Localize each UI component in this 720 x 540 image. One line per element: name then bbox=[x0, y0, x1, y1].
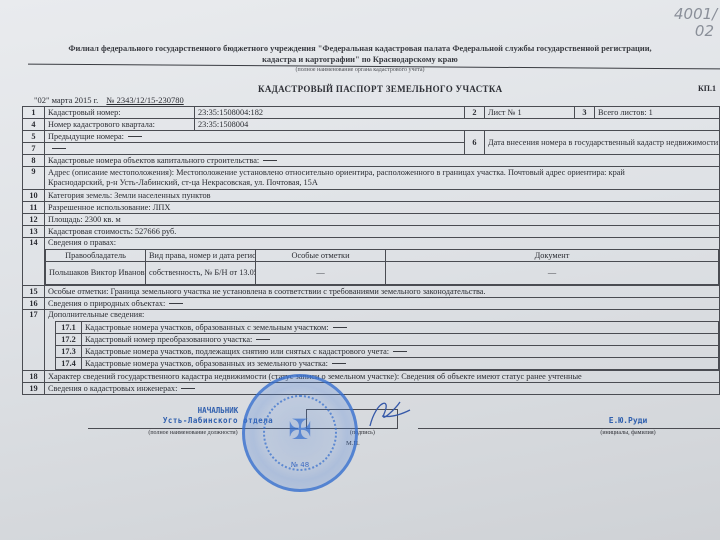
sheet-number: Лист № 1 bbox=[485, 107, 575, 119]
row-9: 9 Адрес (описание местоположения): Место… bbox=[23, 167, 720, 190]
seal-number: № 48 bbox=[245, 461, 355, 469]
official-seal-stamp: ✠ № 48 bbox=[242, 374, 358, 492]
handwritten-note-line2: 02 bbox=[674, 23, 714, 40]
empty-dash bbox=[263, 160, 277, 161]
area: Площадь: 2300 кв. м bbox=[45, 214, 720, 226]
capital-construction-numbers: Кадастровые номера объектов капитального… bbox=[45, 155, 720, 167]
rights-info-label: Сведения о правах: bbox=[45, 238, 719, 249]
empty-dash bbox=[256, 339, 270, 340]
quarter-number-label: Номер кадастрового квартала: bbox=[45, 119, 195, 131]
address-line2: Краснодарский, р-н Усть-Лабинский, ст-ца… bbox=[48, 178, 716, 188]
organization-name-line2: кадастра и картографии" по Краснодарском… bbox=[0, 55, 720, 64]
rights-header-notes: Особые отметки bbox=[256, 250, 386, 262]
row-5: 5 Предыдущие номера: 6 Дата внесения ном… bbox=[23, 131, 720, 143]
quarter-number-value: 23:35:1508004 bbox=[195, 119, 720, 131]
document-date-number: "02" марта 2015 г. № 2343/12/15-230780 bbox=[34, 95, 184, 105]
additional-info-table: 17.1 Кадастровые номера участков, образо… bbox=[55, 321, 719, 370]
row-7-value bbox=[45, 143, 465, 155]
special-notes: Особые отметки: Граница земельного участ… bbox=[45, 286, 720, 298]
cadastral-number-value: 23:35:1508004:182 bbox=[195, 107, 465, 119]
additional-row-17-2: 17.2 Кадастровый номер преобразованного … bbox=[56, 334, 719, 346]
rights-type: собственность, № Б/Н от 13.05.2005 bbox=[146, 262, 256, 285]
name-caption: (инициалы, фамилия) bbox=[528, 430, 720, 436]
row-14: 14 Сведения о правах: Правообладатель Ви… bbox=[23, 238, 720, 286]
address-line1: Адрес (описание местоположения): Местопо… bbox=[48, 168, 716, 178]
name-underline bbox=[418, 428, 720, 429]
empty-dash bbox=[333, 327, 347, 328]
empty-dash bbox=[393, 351, 407, 352]
document-number: № 2343/12/15-230780 bbox=[106, 95, 183, 105]
registration-date: Дата внесения номера в государственный к… bbox=[485, 131, 720, 155]
row-4: 4 Номер кадастрового квартала: 23:35:150… bbox=[23, 119, 720, 131]
rights-info: Сведения о правах: Правообладатель Вид п… bbox=[45, 238, 720, 286]
rights-header-row: Правообладатель Вид права, номер и дата … bbox=[46, 250, 719, 262]
row-18: 18 Характер сведений государственного ка… bbox=[23, 371, 720, 383]
form-code: КП.1 bbox=[698, 84, 716, 93]
natural-objects: Сведения о природных объектах: bbox=[45, 298, 720, 310]
additional-row-17-1: 17.1 Кадастровые номера участков, образо… bbox=[56, 322, 719, 334]
cadastral-value: Кадастровая стоимость: 527666 руб. bbox=[45, 226, 720, 238]
address: Адрес (описание местоположения): Местопо… bbox=[45, 167, 720, 190]
organization-name-line1: Филиал федерального государственного бюд… bbox=[0, 44, 720, 53]
document-title: КАДАСТРОВЫЙ ПАСПОРТ ЗЕМЕЛЬНОГО УЧАСТКА bbox=[258, 84, 502, 94]
additional-info: Дополнительные сведения: 17.1 Кадастровы… bbox=[45, 310, 720, 371]
empty-dash bbox=[169, 303, 183, 304]
permitted-use: Разрешенное использование: ЛПХ bbox=[45, 202, 720, 214]
empty-dash bbox=[332, 363, 346, 364]
empty-dash bbox=[52, 148, 66, 149]
rights-header-type: Вид права, номер и дата регистрации bbox=[146, 250, 256, 262]
row-11: 11 Разрешенное использование: ЛПХ bbox=[23, 202, 720, 214]
coat-of-arms-icon: ✠ bbox=[245, 413, 355, 447]
row-10: 10 Категория земель: Земли населенных пу… bbox=[23, 190, 720, 202]
row-13: 13 Кадастровая стоимость: 527666 руб. bbox=[23, 226, 720, 238]
rights-notes: — bbox=[256, 262, 386, 285]
row-1: 1 Кадастровый номер: 23:35:1508004:182 2… bbox=[23, 107, 720, 119]
official-name: Е.Ю.Руди bbox=[528, 416, 720, 425]
additional-info-label: Дополнительные сведения: bbox=[45, 310, 719, 321]
row-8: 8 Кадастровые номера объектов капитально… bbox=[23, 155, 720, 167]
record-status: Характер сведений государственного кадас… bbox=[45, 371, 720, 383]
land-category: Категория земель: Земли населенных пункт… bbox=[45, 190, 720, 202]
cadastral-table: 1 Кадастровый номер: 23:35:1508004:182 2… bbox=[22, 106, 720, 395]
cadastral-number-label: Кадастровый номер: bbox=[45, 107, 195, 119]
row-15: 15 Особые отметки: Граница земельного уч… bbox=[23, 286, 720, 298]
handwritten-note: 4001/ 02 bbox=[674, 6, 714, 40]
row-12: 12 Площадь: 2300 кв. м bbox=[23, 214, 720, 226]
row-17: 17 Дополнительные сведения: 17.1 Кадастр… bbox=[23, 310, 720, 371]
row-19: 19 Сведения о кадастровых инженерах: bbox=[23, 383, 720, 395]
rights-holder: Польшаков Виктор Иванович bbox=[46, 262, 146, 285]
additional-row-17-3: 17.3 Кадастровые номера участков, подлеж… bbox=[56, 346, 719, 358]
empty-dash bbox=[181, 388, 195, 389]
total-sheets: Всего листов: 1 bbox=[595, 107, 720, 119]
rights-table: Правообладатель Вид права, номер и дата … bbox=[45, 249, 719, 285]
document-date: "02" марта 2015 г. bbox=[34, 95, 98, 105]
cadastral-engineers: Сведения о кадастровых инженерах: bbox=[45, 383, 720, 395]
handwritten-note-line1: 4001/ bbox=[674, 6, 714, 23]
rights-header-holder: Правообладатель bbox=[46, 250, 146, 262]
rights-document: — bbox=[386, 262, 719, 285]
handwritten-signature bbox=[362, 396, 412, 436]
previous-numbers: Предыдущие номера: bbox=[45, 131, 465, 143]
rights-data-row: Польшаков Виктор Иванович собственность,… bbox=[46, 262, 719, 285]
empty-dash bbox=[128, 136, 142, 137]
row-16: 16 Сведения о природных объектах: bbox=[23, 298, 720, 310]
organization-caption: (полное наименование органа кадастрового… bbox=[0, 67, 720, 73]
cadastral-passport-page: 4001/ 02 Филиал федерального государстве… bbox=[0, 0, 720, 540]
additional-row-17-4: 17.4 Кадастровые номера участков, образо… bbox=[56, 358, 719, 370]
rights-header-document: Документ bbox=[386, 250, 719, 262]
